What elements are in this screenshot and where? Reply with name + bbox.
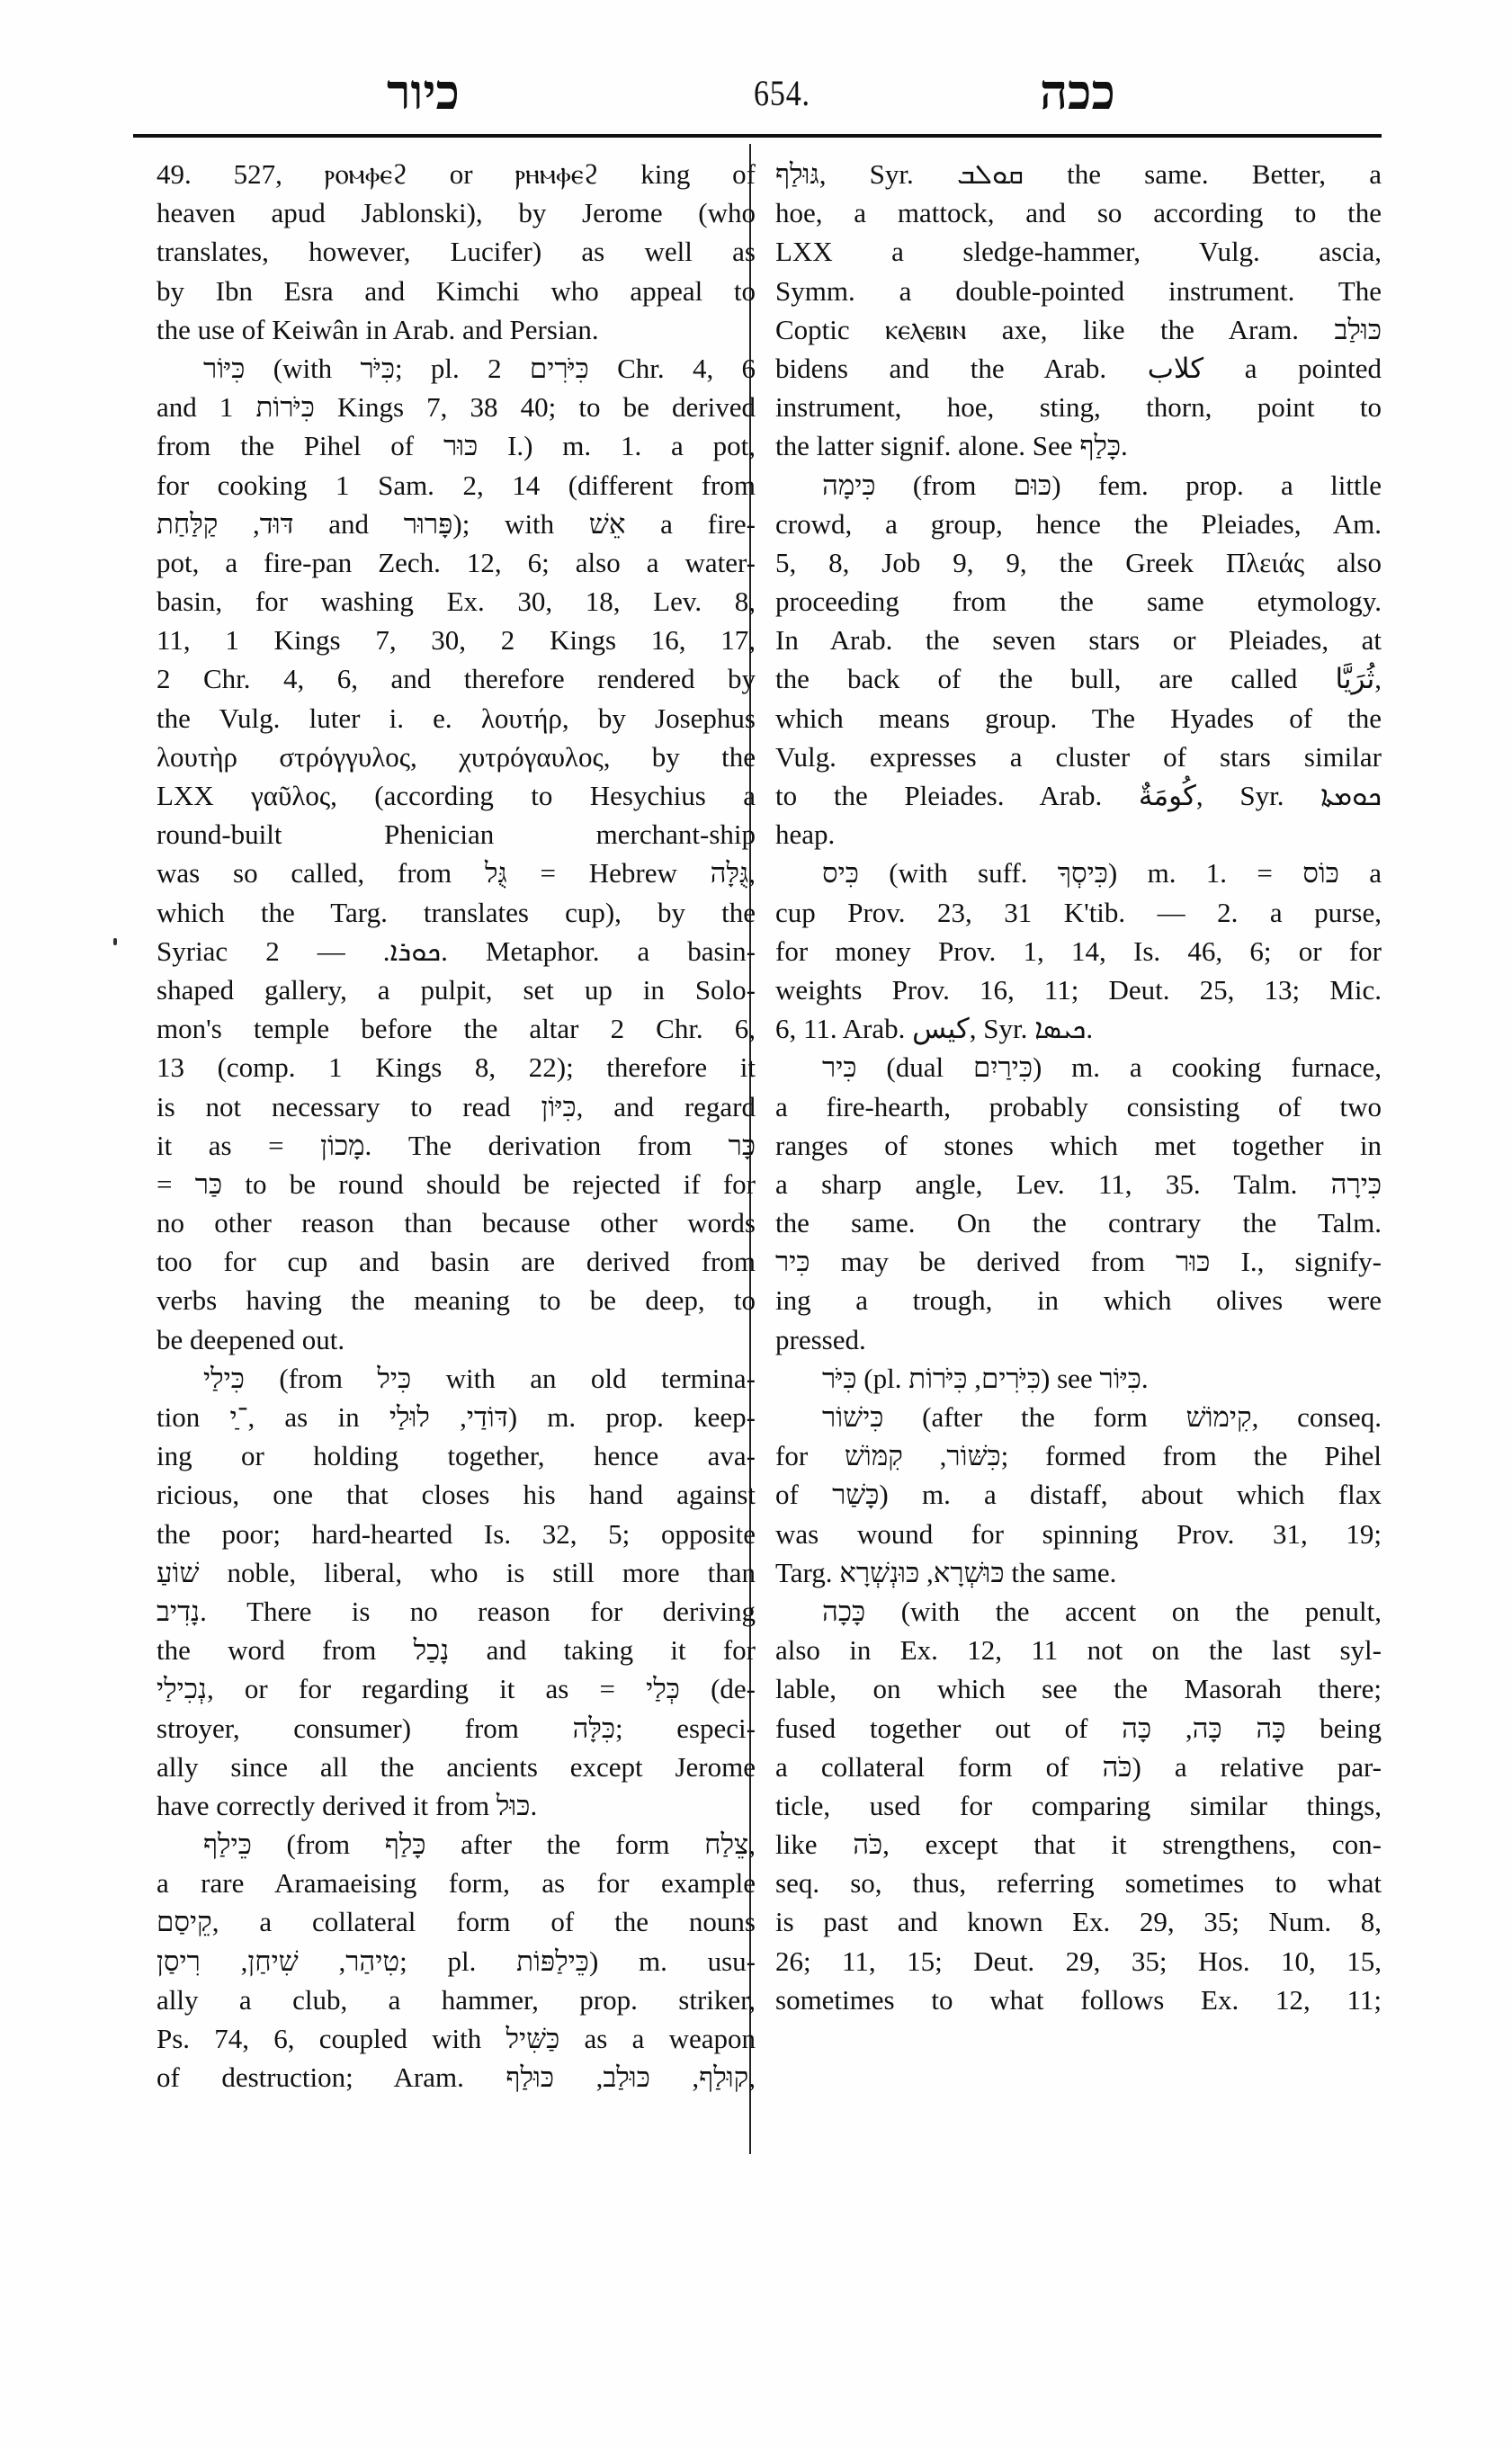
text-line: קֵיסַם, a collateral form of the nouns (157, 1902, 756, 1941)
text-line: is past and known Ex. 29, 35; Num. 8, (775, 1902, 1382, 1941)
text-line: LXX a sledge-hammer, Vulg. ascia, (775, 232, 1382, 271)
text-line: טִיהַר, שִׁיחַן, רִיסַן; pl. כֵּילַפּוֹת… (157, 1942, 756, 1981)
entry-headline: כִּישׁוֹר (after the form קִימוֹשׁ, cons… (775, 1398, 1382, 1436)
text-line: the same. On the contrary the Talm. (775, 1203, 1382, 1242)
text-line: 13 (comp. 1 Kings 8, 22); therefore it (157, 1048, 756, 1086)
text-line: a collateral form of כֹּה) a relative pa… (775, 1748, 1382, 1786)
text-line: heaven apud Jablonski), by Jerome (who (157, 193, 756, 232)
text-line: Vulg. expresses a cluster of stars simil… (775, 738, 1382, 776)
text-line: no other reason than because other words (157, 1203, 756, 1242)
text-line: fused together out of כָּה כָּה, כָּה be… (775, 1709, 1382, 1748)
text-line: Coptic ⲕⲉⲗⲉⲃⲓⲛ axe, like the Aram. כּוּל… (775, 310, 1382, 349)
text-line: דּוּד, קַלַּחַת and פָּרוּר); with אֵשׁ … (157, 505, 756, 543)
text-line: also in Ex. 12, 11 not on the last syl- (775, 1631, 1382, 1669)
text-line: mon's temple before the altar 2 Chr. 6, (157, 1009, 756, 1048)
text-line: for כִּשּׁוֹר, קִמּוֹשׁ; formed from the… (775, 1436, 1382, 1475)
text-line: was wound for spinning Prov. 31, 19; (775, 1515, 1382, 1553)
text-line: like כֹּה, except that it strengthens, c… (775, 1825, 1382, 1864)
text-line: seq. so, thus, referring sometimes to wh… (775, 1864, 1382, 1902)
text-line: a fire-hearth, probably consisting of tw… (775, 1087, 1382, 1126)
text-line: pot, a fire-pan Zech. 12, 6; also a wate… (157, 543, 756, 582)
text-line: round-built Phenician merchant-ship (157, 815, 756, 854)
entry-headline: כִּיר (dual כִּירַיִם) m. a cooking furn… (775, 1048, 1382, 1086)
text-line: bidens and the Arab. كلاب a pointed (775, 349, 1382, 388)
text-line: basin, for washing Ex. 30, 18, Lev. 8, (157, 582, 756, 621)
text-line: instrument, hoe, sting, thorn, point to (775, 388, 1382, 426)
left-column: 49. 527, ⲣⲟⲙⲫⲉϩ or ⲣⲏⲙⲫⲉϩ king ofheaven … (157, 155, 756, 2097)
text-line: proceeding from the same etymology. (775, 582, 1382, 621)
text-line: which means group. The Hyades of the (775, 699, 1382, 738)
text-line: גּוּלַף, Syr. ܩܘܠܒ the same. Better, a (775, 155, 1382, 193)
text-line: a sharp angle, Lev. 11, 35. Talm. כִּירָ… (775, 1165, 1382, 1203)
text-line: a rare Aramaeising form, as for example (157, 1864, 756, 1902)
left-guide-word: כיור (387, 65, 460, 121)
text-line: heap. (775, 815, 1382, 854)
text-line: it as = מָכוֹן. The derivation from כָּר (157, 1126, 756, 1165)
right-guide-word: ככה (1040, 65, 1115, 121)
text-line: 2 Chr. 4, 6, and therefore rendered by (157, 659, 756, 698)
entry-headline: כָּכָה (with the accent on the penult, (775, 1592, 1382, 1631)
text-line: ally a club, a hammer, prop. striker, (157, 1981, 756, 2019)
text-line: hoe, a mattock, and so according to the (775, 193, 1382, 232)
text-line: is not necessary to read כִּיּוֹן, and r… (157, 1087, 756, 1126)
entry-headline: כִּילַי (from כִּיל with an old termina- (157, 1359, 756, 1398)
text-line: ing or holding together, hence ava- (157, 1436, 756, 1475)
text-line: the latter signif. alone. See כָּלַף. (775, 426, 1382, 465)
text-line: sometimes to what follows Ex. 12, 11; (775, 1981, 1382, 2019)
text-line: ally since all the ancients except Jerom… (157, 1748, 756, 1786)
text-line: the use of Keiwân in Arab. and Persian. (157, 310, 756, 349)
page-number: 654. (754, 72, 810, 114)
text-line: Syriac ܟܘܪܐ. — 2. Metaphor. a basin- (157, 932, 756, 970)
entry-headline: כִּיּוֹר (with כִּיֹּר; pl. כִּיֹּרִים 2… (157, 349, 756, 388)
text-line: ticle, used for comparing similar things… (775, 1786, 1382, 1825)
text-line: נְכִילַי, or for regarding it as = כְּלַ… (157, 1669, 756, 1708)
text-line: translates, however, Lucifer) as well as (157, 232, 756, 271)
text-line: 11, 1 Kings 7, 30, 2 Kings 16, 17, (157, 621, 756, 659)
entry-headline: כִּיס (with suff. כִּיסְךָ) m. 1. = כּוֹ… (775, 854, 1382, 892)
text-line: the back of the bull, are called ثُرَيَّ… (775, 659, 1382, 698)
text-line: for cooking 1 Sam. 2, 14 (different from (157, 466, 756, 505)
text-line: ranges of stones which met together in (775, 1126, 1382, 1165)
text-line: which the Targ. translates cup), by the (157, 893, 756, 932)
text-line: 5, 8, Job 9, 9, the Greek Πλειάς also (775, 543, 1382, 582)
entry-headline: כֵּילַף (from כָּלַף after the form צֵלַ… (157, 1825, 756, 1864)
right-column: גּוּלַף, Syr. ܩܘܠܒ the same. Better, aho… (775, 155, 1382, 2019)
text-line: verbs having the meaning to be deep, to (157, 1281, 756, 1319)
text-line: for money Prov. 1, 14, Is. 46, 6; or for (775, 932, 1382, 970)
text-line: = כַּר to be round should be rejected if… (157, 1165, 756, 1203)
text-line: ricious, one that closes his hand agains… (157, 1475, 756, 1514)
text-line: נָדִיב. There is no reason for deriving (157, 1592, 756, 1631)
text-line: the poor; hard-hearted Is. 32, 5; opposi… (157, 1515, 756, 1553)
text-line: ing a trough, in which olives were (775, 1281, 1382, 1319)
text-line: crowd, a group, hence the Pleiades, Am. (775, 505, 1382, 543)
text-line: 49. 527, ⲣⲟⲙⲫⲉϩ or ⲣⲏⲙⲫⲉϩ king of (157, 155, 756, 193)
text-line: lable, on which see the Masorah there; (775, 1669, 1382, 1708)
text-line: 26; 11, 15; Deut. 29, 35; Hos. 10, 15, (775, 1942, 1382, 1981)
text-line: and כִּיֹּרוֹת 1 Kings 7, 38 40; to be d… (157, 388, 756, 426)
text-line: the Vulg. luter i. e. λουτήρ, by Josephu… (157, 699, 756, 738)
text-line: pressed. (775, 1320, 1382, 1359)
text-line: weights Prov. 16, 11; Deut. 25, 13; Mic. (775, 970, 1382, 1009)
text-line: 6, 11. Arab. كيس, Syr. ܟܝܣܐ. (775, 1009, 1382, 1048)
text-line: of destruction; Aram. קוּלַף, כּוּלַב, כ… (157, 2058, 756, 2097)
text-line: was so called, from גֻּל = Hebrew גֻּלָּ… (157, 854, 756, 892)
entry-headline: כִּיֹּר (pl. כִּיֹּרִים, כִּיֹּרוֹת) see… (775, 1359, 1382, 1398)
text-line: shaped gallery, a pulpit, set up in Solo… (157, 970, 756, 1009)
text-line: tion ־ַי, as in דּוֹדַי, לוּלַי) m. prop… (157, 1398, 756, 1436)
text-line: LXX γαῦλος, (according to Hesychius a (157, 776, 756, 815)
margin-mark (113, 938, 117, 945)
text-line: Targ. כּוּשְׁרָא, כּוּנְשְׁרָא the same. (775, 1553, 1382, 1592)
text-line: Ps. 74, 6, coupled with כַּשִּׁיל as a w… (157, 2019, 756, 2058)
text-line: from the Pihel of כּוּר I.) m. 1. a pot, (157, 426, 756, 465)
text-line: have correctly derived it from כּוּל. (157, 1786, 756, 1825)
dictionary-page: כיור 654. ככה 49. 527, ⲣⲟⲙⲫⲉϩ or ⲣⲏⲙⲫⲉϩ … (0, 0, 1512, 2450)
entry-headline: כִּימָה (from כּוּם) fem. prop. a little (775, 466, 1382, 505)
text-line: to the Pleiades. Arab. كُومَةٌ, Syr. ܟܘܡ… (775, 776, 1382, 815)
text-line: In Arab. the seven stars or Pleiades, at (775, 621, 1382, 659)
text-line: λουτὴρ στρόγγυλος, χυτρόγαυλος, by the (157, 738, 756, 776)
text-line: cup Prov. 23, 31 K'tib. — 2. a purse, (775, 893, 1382, 932)
text-line: stroyer, consumer) from כִּלָּה; especi- (157, 1709, 756, 1748)
running-header: כיור 654. ככה (133, 65, 1383, 128)
header-rule (133, 134, 1382, 138)
text-line: כִּיר may be derived from כּוּר I., sign… (775, 1242, 1382, 1281)
text-line: Symm. a double-pointed instrument. The (775, 272, 1382, 310)
text-line: the word from נָכַל and taking it for (157, 1631, 756, 1669)
text-line: by Ibn Esra and Kimchi who appeal to (157, 272, 756, 310)
text-line: of כָּשַׁר) m. a distaff, about which fl… (775, 1475, 1382, 1514)
text-line: be deepened out. (157, 1320, 756, 1359)
text-line: שׁוֹעַ noble, liberal, who is still more… (157, 1553, 756, 1592)
text-line: too for cup and basin are derived from (157, 1242, 756, 1281)
